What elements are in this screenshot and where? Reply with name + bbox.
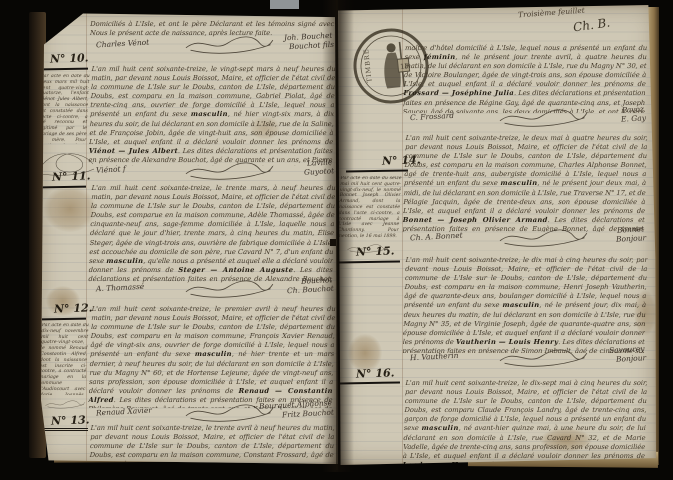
margin-divider <box>346 169 408 172</box>
mayor-paraph-icon <box>174 278 284 298</box>
signature-witness: Fritz Bouchot <box>282 408 334 420</box>
mayor-paraph-icon <box>488 347 598 367</box>
birth-act-12-paragraph: L'an mil huit cent soixante-treize, le p… <box>88 305 336 408</box>
signature-witness: Bonjour <box>616 353 647 364</box>
mayor-paraph-icon <box>488 107 598 127</box>
act-number-13: N° 13. <box>51 413 90 427</box>
signature-declarant: A. Thomassé <box>96 282 145 294</box>
birth-act-13-paragraph-start: L'an mil huit cent soixante-treize, le t… <box>89 424 334 466</box>
birth-act-16-paragraph-start: L'an mil huit cent soixante-treize, le d… <box>402 379 647 467</box>
marginal-note-10: Par acte en date du deux mars mil huit c… <box>37 74 90 144</box>
signature-declarant: C. Frossard <box>410 111 455 122</box>
mayor-paraph-icon <box>174 160 284 180</box>
signature-witness: Bonjour <box>616 233 647 244</box>
margin-divider <box>42 318 86 321</box>
margin-divider <box>38 68 88 71</box>
signature-row: Charles Vénot Joh. Bouchet Bouchot fils <box>90 32 334 56</box>
margin-divider <box>338 260 400 263</box>
signature-declarant: Charles Vénot <box>96 38 150 50</box>
paper-tab <box>270 0 299 9</box>
birth-act-11-paragraph: L'an mil huit cent soixante-treize, le t… <box>88 184 335 284</box>
signature-declarant: Viénot f <box>96 164 126 175</box>
sheet-number-annotation: Troisième feuillet <box>518 6 585 20</box>
right-page: Troisième feuillet Ch. B. 1F TIMBRE N° 1… <box>338 5 656 465</box>
birth-act-10-paragraph: L'an mil huit cent soixante-treize, le v… <box>88 65 336 166</box>
marginal-note-14: Par acte en date du seize mai mil huit c… <box>337 176 401 240</box>
mayor-paraph-icon <box>488 227 598 247</box>
birth-act-13-paragraph-end: maître d'hôtel domicilié à L'Isle, leque… <box>403 44 647 113</box>
binding-hole <box>330 239 336 246</box>
birth-act-15-paragraph: L'an mil huit cent soixante-treize, le d… <box>402 256 647 353</box>
act-number-12: N° 12. <box>54 301 93 315</box>
mayor-paraph-icon <box>174 34 284 54</box>
signature-row: Viénot f Laville Guyotot <box>90 158 334 182</box>
signature-row: A. Thomassé Bouchot Ch. Bouchot <box>90 276 334 300</box>
act-number-10: N° 10. <box>50 51 89 65</box>
binding-crease <box>336 0 338 470</box>
signature-witness: E. Gay <box>621 113 646 123</box>
marginal-note-12: Par acte en date du dix-neuf novembre mi… <box>38 323 89 395</box>
margin-divider <box>338 381 400 384</box>
signature-row: Ch. A. Bonnet Bonnet Bonjour <box>404 225 646 249</box>
margin-divider-double <box>40 428 88 431</box>
signature-declarant: Ch. A. Bonnet <box>410 231 463 243</box>
register-scan: N° 10. Par acte en date du deux mars mil… <box>0 0 673 480</box>
act-number-16: N° 16. <box>356 366 395 380</box>
svg-text:TIMBRE: TIMBRE <box>362 48 374 83</box>
signature-row: C. Frossard Pavoz E. Gay <box>404 105 646 129</box>
act-number-15: N° 15. <box>356 244 395 258</box>
left-page: N° 10. Par acte en date du deux mars mil… <box>38 8 338 464</box>
signature-row: H. Vautherin Savourey Bonjour <box>404 345 646 369</box>
signature-declarant: H. Vautherin <box>410 351 459 363</box>
signature-declarant: Renaud Xavier <box>96 406 152 418</box>
signature-witness: Bouchot fils <box>289 40 334 51</box>
margin-divider <box>40 186 86 189</box>
act-number-11: N° 11. <box>52 169 91 183</box>
clerk-initials: Ch. B. <box>572 15 611 34</box>
birth-act-14-paragraph: L'an mil huit cent soixante-treize, le d… <box>402 134 647 232</box>
marginal-signature-flourish-icon <box>44 394 86 414</box>
signature-witness: Guyotot <box>304 166 335 177</box>
signature-witness: Ch. Bouchot <box>287 284 334 295</box>
signature-row: Renaud Xavier Bourquet Alphonse Fritz Bo… <box>90 400 334 424</box>
